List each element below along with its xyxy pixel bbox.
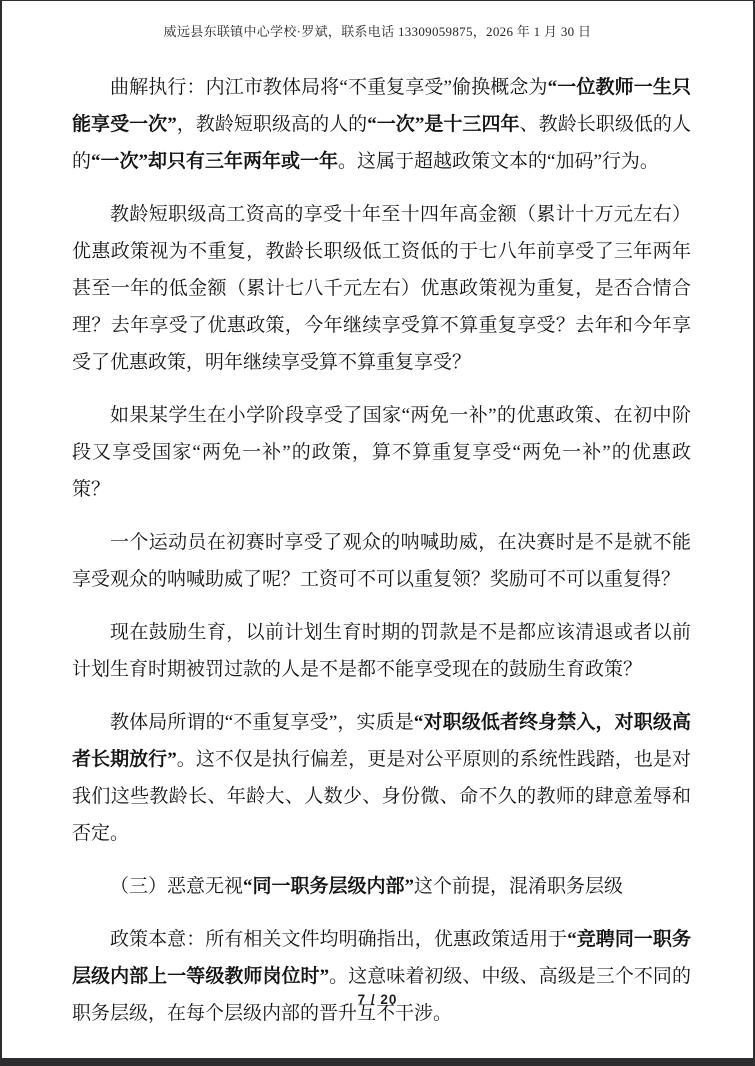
text-run: 如果某学生在小学阶段享受了国家“两免一补”的优惠政策、在初中阶段又享受国家“两免… <box>72 405 691 500</box>
paragraph: 如果某学生在小学阶段享受了国家“两免一补”的优惠政策、在初中阶段又享受国家“两免… <box>72 397 691 508</box>
document-page: 威远县东联镇中心学校·罗斌，联系电话 13309059875，2026 年 1 … <box>2 1 753 1058</box>
page-number: 7 / 20 <box>2 992 753 1007</box>
text-run: 教体局所谓的“不重复享受”，实质是 <box>110 712 414 733</box>
paragraph: 一个运动员在初赛时享受了观众的呐喊助威，在决赛时是不是就不能享受观众的呐喊助威了… <box>72 524 691 598</box>
text-run: 教龄短职级高工资高的享受十年至十四年高金额（累计十万元左右）优惠政策视为不重复，… <box>72 204 691 373</box>
document-header-text: 威远县东联镇中心学校·罗斌，联系电话 13309059875，2026 年 1 … <box>2 1 753 40</box>
paragraph: 教龄短职级高工资高的享受十年至十四年高金额（累计十万元左右）优惠政策视为不重复，… <box>72 196 691 381</box>
bold-text-run: “一次”却只有三年两年或一年 <box>91 151 338 172</box>
paragraph: 政策本意：所有相关文件均明确指出，优惠政策适用于“竞聘同一职务层级内部上一等级教… <box>72 921 691 1032</box>
paragraph: 现在鼓励生育，以前计划生育时期的罚款是不是都应该清退或者以前计划生育时期被罚过款… <box>72 614 691 688</box>
bold-text-run: “同一职务层级内部” <box>243 876 414 897</box>
text-run: 。这属于超越政策文本的“加码”行为。 <box>338 151 659 172</box>
text-run: 一个运动员在初赛时享受了观众的呐喊助威，在决赛时是不是就不能享受观众的呐喊助威了… <box>72 532 691 590</box>
text-run: 现在鼓励生育，以前计划生育时期的罚款是不是都应该清退或者以前计划生育时期被罚过款… <box>72 622 691 680</box>
viewer-background: { "header": { "text": "威远县东联镇中心学校·罗斌，联系电… <box>0 0 755 1066</box>
text-run: 曲解执行：内江市教体局将“不重复享受”偷换概念为 <box>110 77 548 98</box>
paragraph: （三）恶意无视“同一职务层级内部”这个前提，混淆职务层级 <box>72 868 691 905</box>
text-run: 这个前提，混淆职务层级 <box>414 876 623 897</box>
paragraph: 曲解执行：内江市教体局将“不重复享受”偷换概念为“一位教师一生只能享受一次”，教… <box>72 69 691 180</box>
text-run: （三）恶意无视 <box>110 876 243 897</box>
text-run: 政策本意：所有相关文件均明确指出，优惠政策适用于 <box>110 929 567 950</box>
document-body: 曲解执行：内江市教体局将“不重复享受”偷换概念为“一位教师一生只能享受一次”，教… <box>2 69 753 1032</box>
paragraph: 教体局所谓的“不重复享受”，实质是“对职级低者终身禁入，对职级高者长期放行”。这… <box>72 704 691 852</box>
bold-text-run: “一次”是十三四年 <box>367 114 519 135</box>
text-run: ，教龄短职级高的人的 <box>177 114 367 135</box>
